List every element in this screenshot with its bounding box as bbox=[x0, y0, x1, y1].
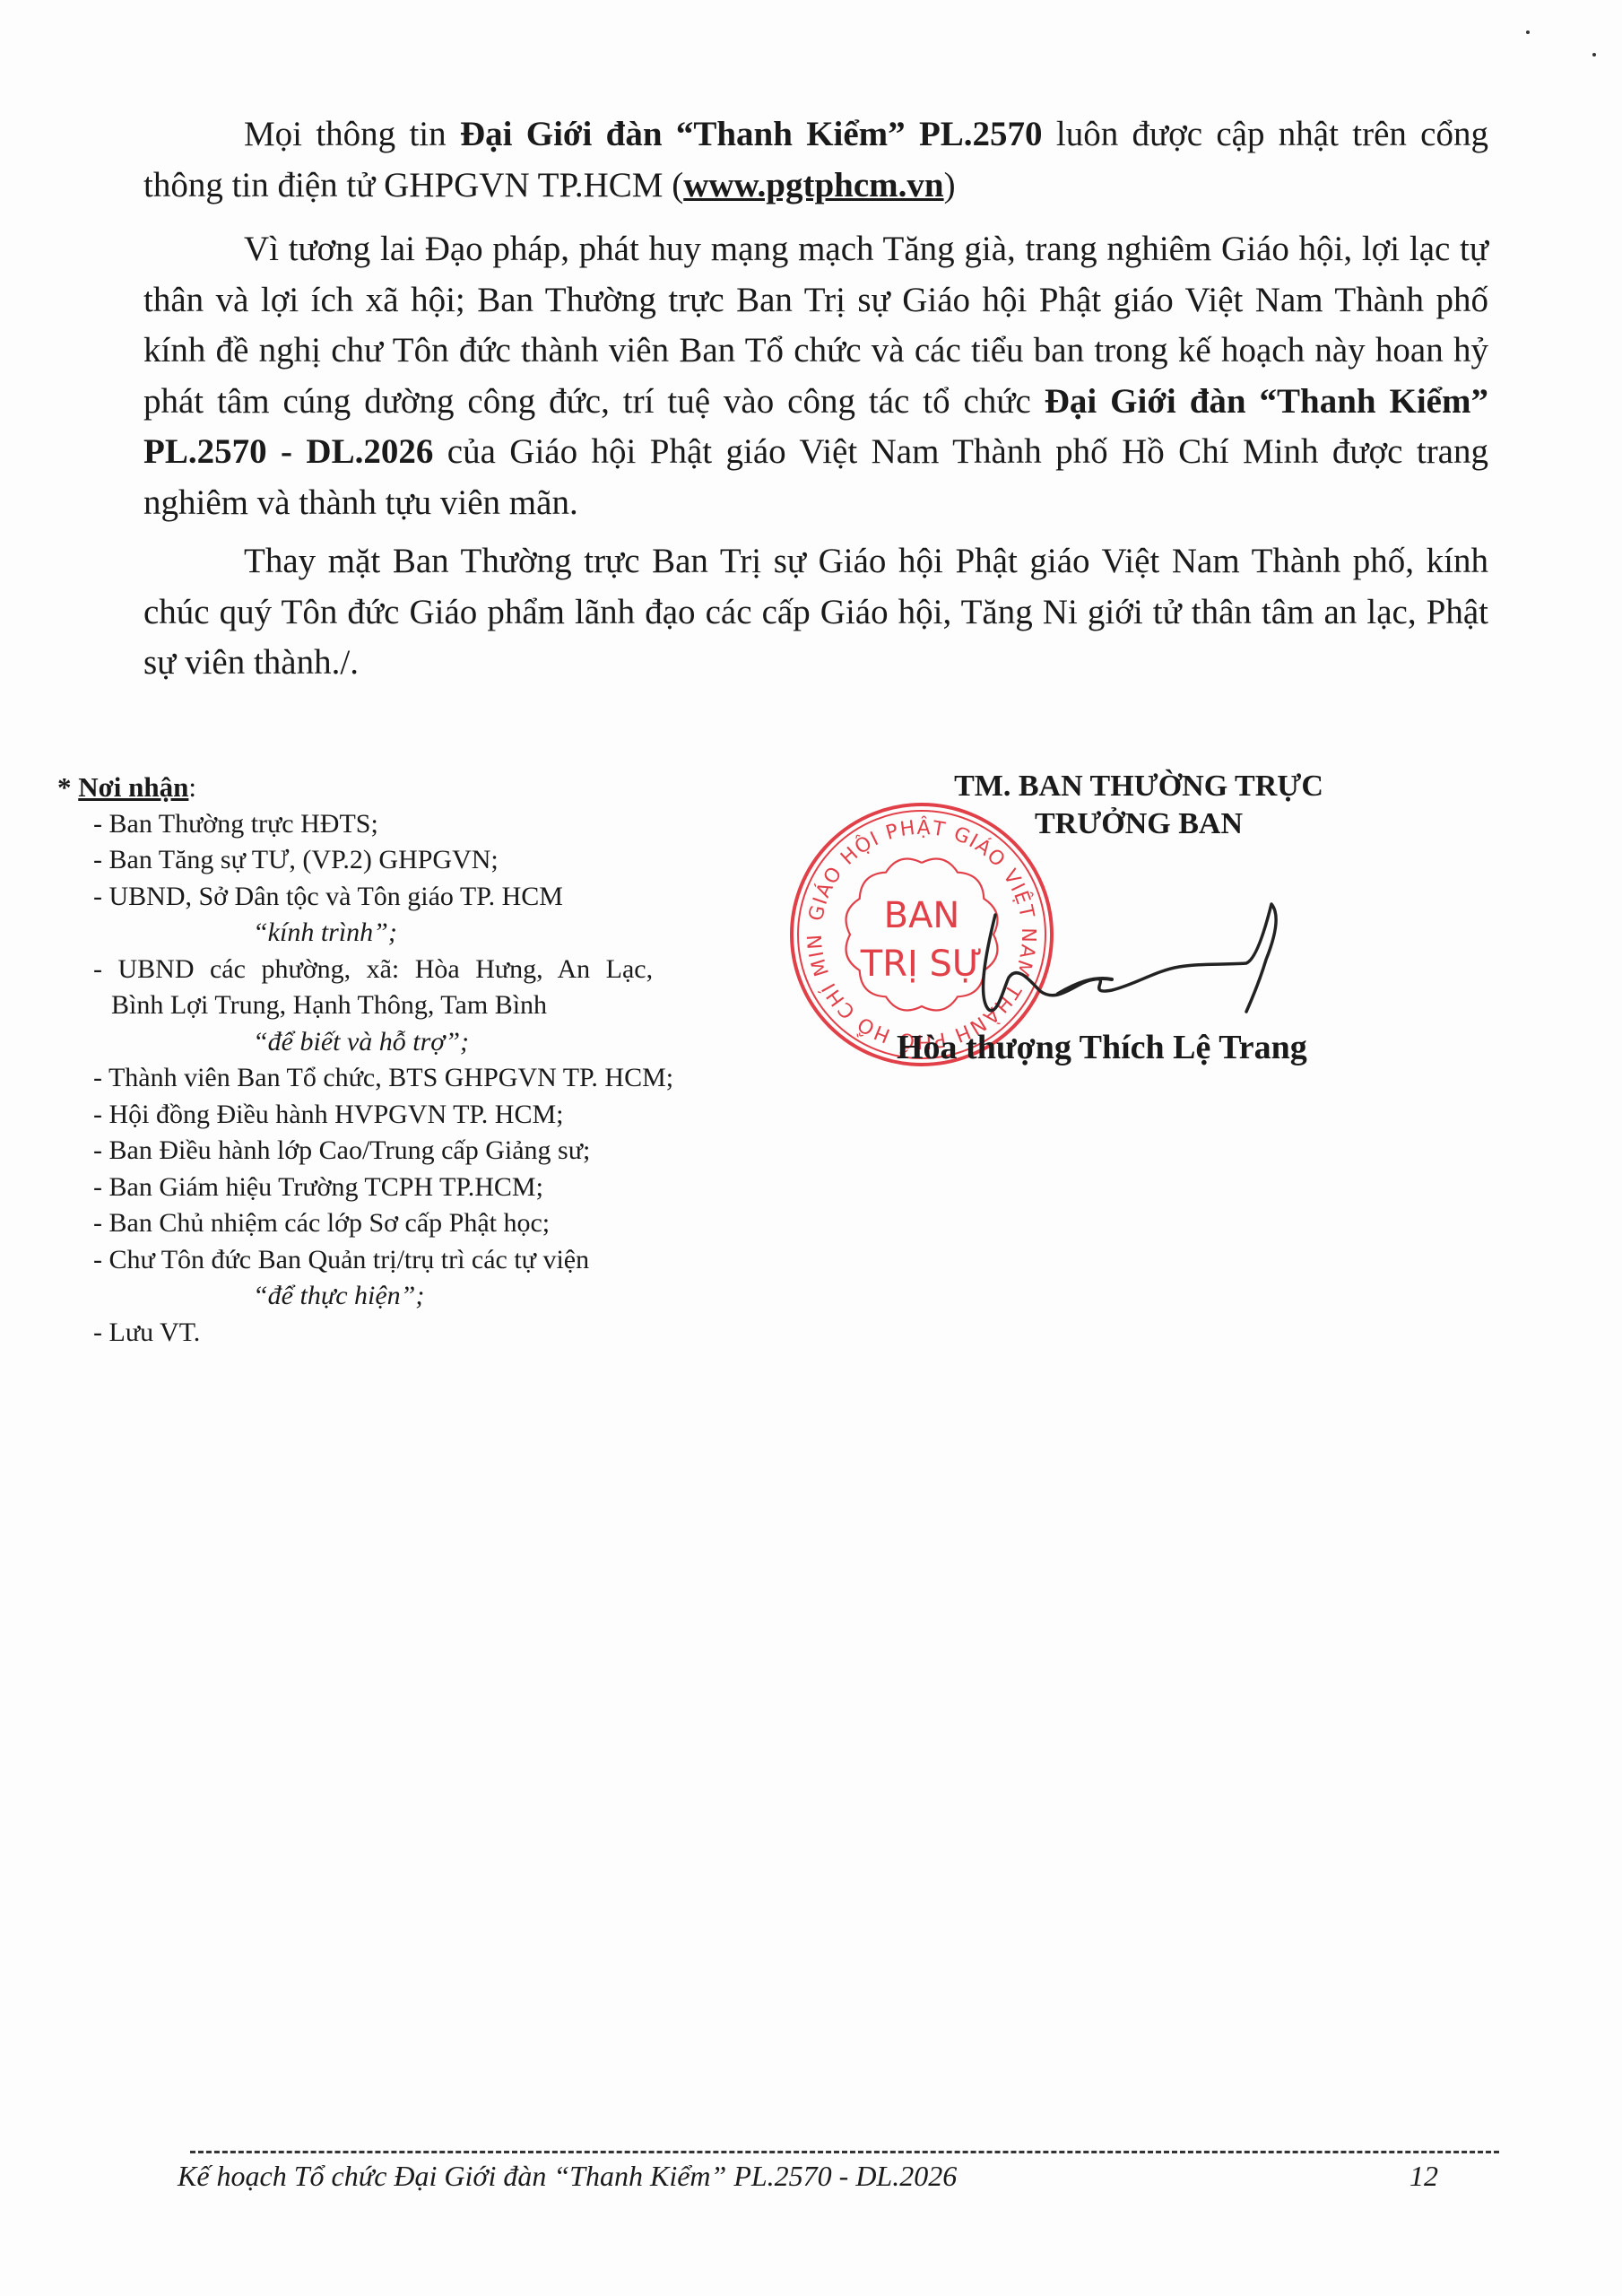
recipient-item: - Ban Tăng sự TƯ, (VP.2) GHPGVN; bbox=[57, 842, 673, 879]
seal-center-line1: BAN bbox=[884, 895, 960, 936]
recipient-item: - Ban Điều hành lớp Cao/Trung cấp Giảng … bbox=[57, 1133, 673, 1170]
recipient-item: - Lưu VT. bbox=[57, 1315, 673, 1352]
recipient-note: “để biết và hỗ trợ”; bbox=[57, 1024, 673, 1061]
website-link[interactable]: www.pgtphcm.vn bbox=[683, 166, 943, 204]
recipients-list: * Nơi nhận: - Ban Thường trực HĐTS; - Ba… bbox=[57, 770, 673, 1351]
recipient-note: “để thực hiện”; bbox=[57, 1278, 673, 1315]
recipient-item: - Thành viên Ban Tổ chức, BTS GHPGVN TP.… bbox=[57, 1060, 673, 1097]
recipient-item-continued: Bình Lợi Trung, Hạnh Thông, Tam Bình bbox=[57, 987, 673, 1024]
text: Mọi thông tin bbox=[244, 115, 460, 153]
footer-document-title: Kế hoạch Tổ chức Đại Giới đàn “Thanh Kiể… bbox=[178, 2160, 957, 2193]
paragraph-closing-wishes: Thay mặt Ban Thường trực Ban Trị sự Giáo… bbox=[143, 536, 1488, 689]
recipients-title: * Nơi nhận: bbox=[57, 770, 673, 806]
handwritten-signature bbox=[977, 897, 1300, 1022]
event-name-bold: Đại Giới đàn “Thanh Kiểm” PL.2570 bbox=[460, 115, 1043, 153]
recipient-item: - Chư Tôn đức Ban Quản trị/trụ trì các t… bbox=[57, 1242, 673, 1279]
recipient-item: - Ban Thường trực HĐTS; bbox=[57, 806, 673, 843]
footer-divider bbox=[190, 2151, 1499, 2153]
signer-name: Hòa thượng Thích Lệ Trang bbox=[897, 1028, 1307, 1067]
text: ) bbox=[944, 166, 956, 204]
recipient-note: “kính trình”; bbox=[57, 915, 673, 952]
scan-speck bbox=[1526, 30, 1530, 34]
signature-block: TM. BAN THƯỜNG TRỰC TRƯỞNG BAN bbox=[861, 768, 1417, 843]
paragraph-info-portal: Mọi thông tin Đại Giới đàn “Thanh Kiểm” … bbox=[143, 109, 1488, 211]
seal-center-line2: TRỊ SỰ bbox=[860, 944, 983, 985]
text: Thay mặt Ban Thường trực Ban Trị sự Giáo… bbox=[143, 542, 1488, 682]
recipient-item: - UBND, Sở Dân tộc và Tôn giáo TP. HCM bbox=[57, 879, 673, 916]
position-title: TRƯỞNG BAN bbox=[861, 805, 1417, 843]
recipient-item: - UBND các phường, xã: Hòa Hưng, An Lạc, bbox=[57, 952, 673, 988]
page-number: 12 bbox=[1409, 2160, 1438, 2193]
on-behalf-title: TM. BAN THƯỜNG TRỰC bbox=[861, 768, 1417, 805]
recipient-item: - Ban Chủ nhiệm các lớp Sơ cấp Phật học; bbox=[57, 1205, 673, 1242]
recipient-item: - Ban Giám hiệu Trường TCPH TP.HCM; bbox=[57, 1170, 673, 1206]
recipient-item: - Hội đồng Điều hành HVPGVN TP. HCM; bbox=[57, 1097, 673, 1134]
paragraph-request: Vì tương lai Đạo pháp, phát huy mạng mạc… bbox=[143, 224, 1488, 528]
scan-speck bbox=[1592, 53, 1596, 57]
